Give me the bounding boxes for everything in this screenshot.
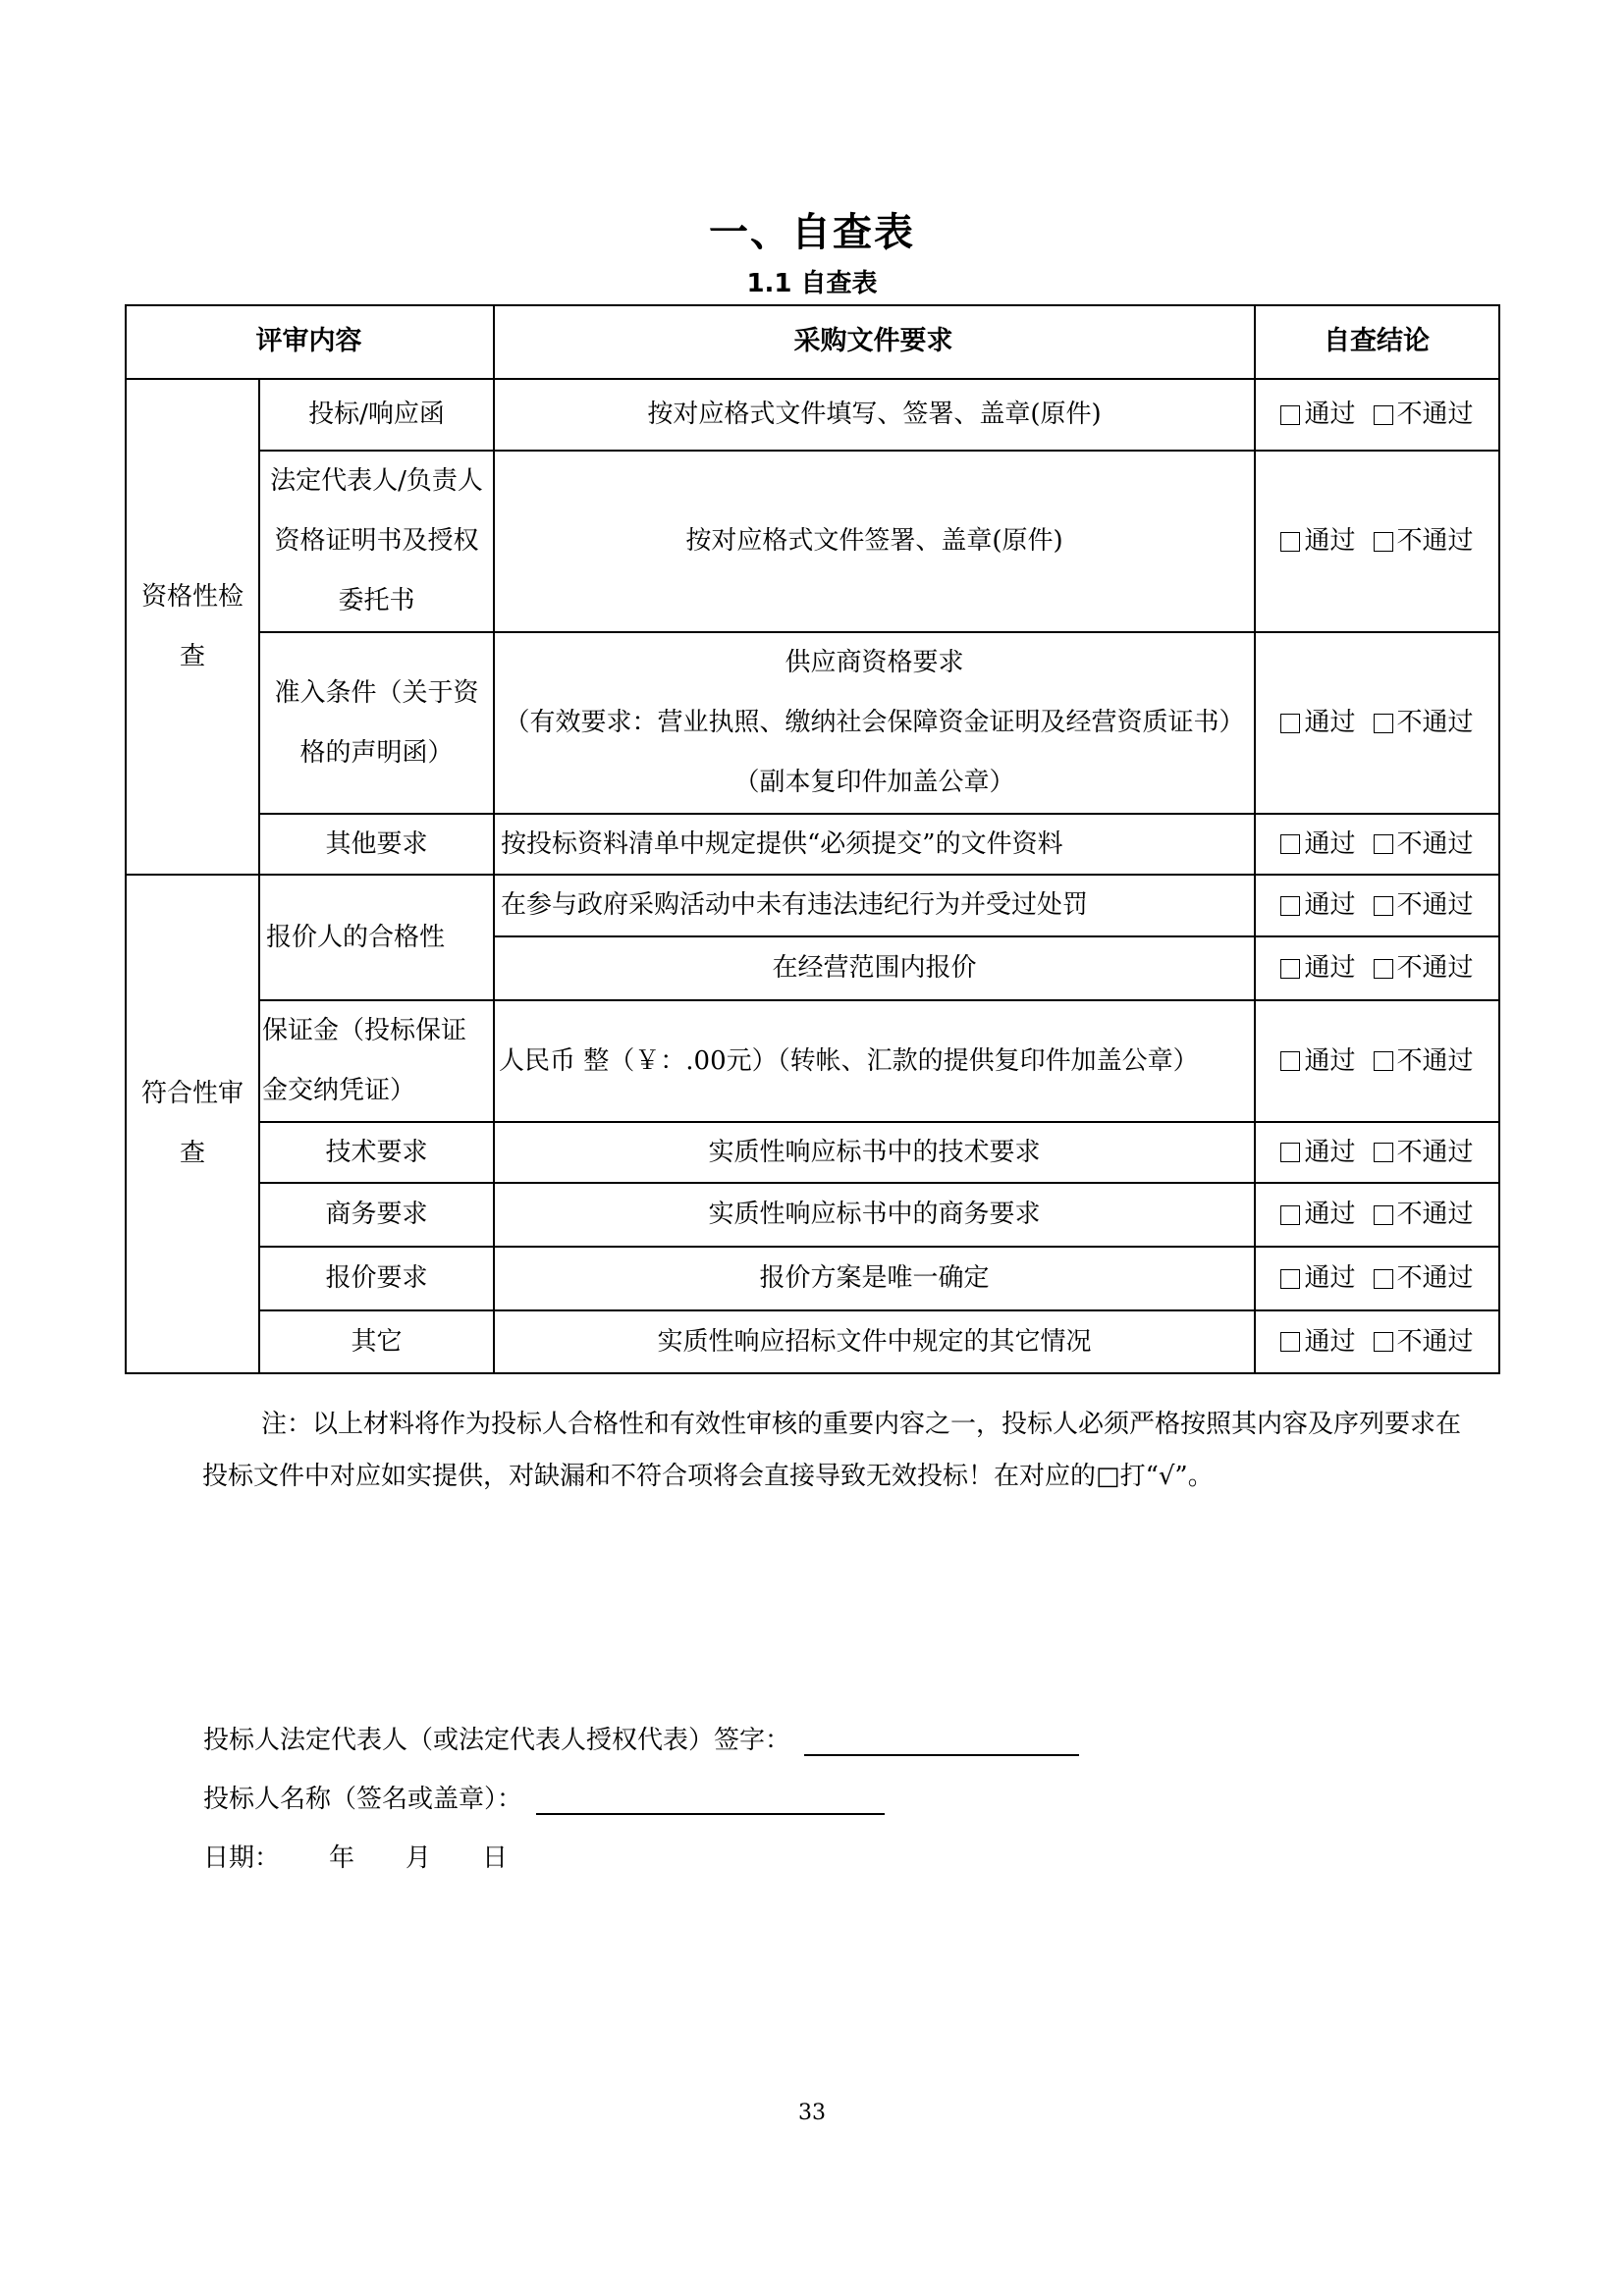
date-label: 日期： [203,1843,280,1873]
item-cell: 法定代表人/负责人资格证明书及授权委托书 [260,452,493,631]
day-label: 日 [482,1843,508,1873]
conclusion-cell: 通过不通过 [1256,1311,1498,1372]
item-cell: 报价人的合格性 [260,876,493,999]
header-requirement: 采购文件要求 [493,304,1254,378]
fail-checkbox[interactable] [1374,896,1393,916]
pass-checkbox[interactable] [1280,1205,1300,1225]
table-note: 注：以上材料将作为投标人合格性和有效性审核的重要内容之一，投标人必须严格按照其内… [202,1399,1469,1503]
fail-checkbox[interactable] [1374,1332,1393,1352]
requirement-cell: 在参与政府采购活动中未有违法违纪行为并受过处罚 [495,876,1254,935]
month-label: 月 [406,1843,431,1873]
requirement-cell: 按对应格式文件签署、盖章(原件) [495,452,1254,631]
table-title: 1.1 自查表 [0,263,1624,299]
header-review-content: 评审内容 [125,304,493,378]
conclusion-cell: 通过不通过 [1256,452,1498,631]
year-label: 年 [329,1843,354,1873]
signature-rep-line: 投标人法定代表人（或法定代表人授权代表）签字： [203,1720,1079,1756]
item-cell: 投标/响应函 [260,380,493,450]
pass-checkbox[interactable] [1280,834,1300,854]
group-label-compliance: 符合性审查 [127,876,258,1372]
pass-checkbox[interactable] [1280,1332,1300,1352]
requirement-cell: 按投标资料清单中规定提供“必须提交”的文件资料 [495,815,1254,874]
item-cell: 商务要求 [260,1184,493,1246]
conclusion-cell: 通过不通过 [1256,380,1498,450]
item-cell: 保证金（投标保证金交纳凭证） [260,1001,493,1121]
pass-checkbox[interactable] [1280,405,1300,425]
item-cell: 其它 [260,1311,493,1372]
signature-rep-label: 投标人法定代表人（或法定代表人授权代表）签字： [203,1726,790,1755]
date-line: 日期：年月日 [203,1838,508,1874]
item-cell: 技术要求 [260,1123,493,1182]
conclusion-cell: 通过不通过 [1256,633,1498,813]
item-cell: 准入条件（关于资格的声明函） [260,633,493,813]
pass-checkbox[interactable] [1280,532,1300,552]
requirement-cell: 人民币 整（￥：.00元）（转帐、汇款的提供复印件加盖公章） [495,1001,1254,1121]
pass-checkbox[interactable] [1280,1051,1300,1071]
pass-checkbox[interactable] [1280,959,1300,979]
requirement-cell: 供应商资格要求 （有效要求：营业执照、缴纳社会保障资金证明及经营资质证书）（副本… [495,633,1254,813]
fail-checkbox[interactable] [1374,532,1393,552]
fail-checkbox[interactable] [1374,1269,1393,1289]
requirement-cell: 报价方案是唯一确定 [495,1248,1254,1309]
fail-checkbox[interactable] [1374,834,1393,854]
pass-checkbox[interactable] [1280,896,1300,916]
conclusion-cell: 通过不通过 [1256,1248,1498,1309]
requirement-cell: 实质性响应标书中的商务要求 [495,1184,1254,1246]
fail-checkbox[interactable] [1374,1051,1393,1071]
requirement-cell: 实质性响应标书中的技术要求 [495,1123,1254,1182]
conclusion-cell: 通过不通过 [1256,937,1498,999]
conclusion-cell: 通过不通过 [1256,1123,1498,1182]
fail-checkbox[interactable] [1374,959,1393,979]
item-cell: 其他要求 [260,815,493,874]
fail-checkbox[interactable] [1374,405,1393,425]
conclusion-cell: 通过不通过 [1256,876,1498,935]
signature-name-line: 投标人名称（签名或盖章）： [203,1779,885,1815]
item-cell: 报价要求 [260,1248,493,1309]
requirement-detail: （有效要求：营业执照、缴纳社会保障资金证明及经营资质证书）（副本复印件加盖公章） [499,693,1250,813]
conclusion-cell: 通过不通过 [1256,1184,1498,1246]
fail-checkbox[interactable] [1374,714,1393,733]
requirement-cell: 实质性响应招标文件中规定的其它情况 [495,1311,1254,1372]
requirement-cell: 按对应格式文件填写、签署、盖章(原件) [495,380,1254,450]
header-conclusion: 自查结论 [1254,304,1499,378]
group-label-qualification: 资格性检查 [127,380,258,874]
pass-checkbox[interactable] [1280,1143,1300,1162]
fail-checkbox[interactable] [1374,1143,1393,1162]
page-title: 一、自查表 [0,201,1624,257]
conclusion-cell: 通过不通过 [1256,815,1498,874]
signature-name-field[interactable] [536,1788,885,1815]
requirement-cell: 在经营范围内报价 [495,937,1254,999]
signature-rep-field[interactable] [804,1729,1079,1756]
fail-checkbox[interactable] [1374,1205,1393,1225]
requirement-heading: 供应商资格要求 [785,633,963,693]
conclusion-cell: 通过不通过 [1256,1001,1498,1121]
pass-checkbox[interactable] [1280,714,1300,733]
page-number: 33 [0,2101,1624,2125]
signature-name-label: 投标人名称（签名或盖章）： [203,1785,522,1814]
pass-checkbox[interactable] [1280,1269,1300,1289]
